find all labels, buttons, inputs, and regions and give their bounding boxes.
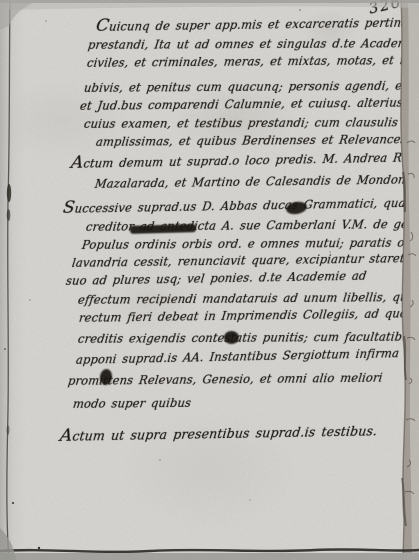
manuscript-line: modo super quibus xyxy=(72,397,192,411)
manuscript-line: cuius examen, et testibus prestandi; cum… xyxy=(83,116,419,131)
manuscript-line: civiles, et criminales, meras, et mixtas… xyxy=(86,54,419,70)
manuscript-line: apponi suprad.is AA. Instantibus Sergiot… xyxy=(75,347,400,367)
strikethrough-blot xyxy=(130,224,196,234)
ink-blot xyxy=(224,331,239,344)
manuscript-line: rectum fieri debeat in Imprimendis Colle… xyxy=(78,307,415,325)
manuscript-line-text: Mazalarada, et Martino de Calesandis de … xyxy=(94,173,410,191)
manuscript-line: prestandi, Ita ut ad omnes et singulas d… xyxy=(87,37,419,52)
manuscript-line: et Jud.bus comparendi Calumnie, et cuius… xyxy=(79,96,419,113)
manuscript-page: 326 Cuicunq de super app.mis et excarcer… xyxy=(0,0,419,560)
manuscript-line: promittens Relevans, Genesio, et omni al… xyxy=(67,372,383,388)
manuscript-line: ubivis, et penitus cum quacunq; personis… xyxy=(83,79,419,95)
manuscript-line: Populus ordinis orbis ord. e omnes mutui… xyxy=(81,236,419,252)
manuscript-line: Actum ut supra presentibus suprad.is tes… xyxy=(59,424,378,443)
pen-flourish: ʒ xyxy=(411,176,419,188)
manuscript-line: Successive suprad.us D. Abbas ducas Gram… xyxy=(62,195,419,216)
manuscript-line: creditis exigendis contestatis punitis; … xyxy=(77,331,416,346)
manuscript-line: Cuicunq de super app.mis et excarceratis… xyxy=(95,14,419,34)
manuscript-line: Mazalarada, et Martino de Calesandis de … xyxy=(94,171,419,191)
manuscript-line: effectum recipiendi mandataruis ad unum … xyxy=(77,291,419,307)
manuscript-line: amplissimas, et quibus Berdinenses et Re… xyxy=(95,133,407,149)
manuscript-line: Actum demum ut suprad.o loco predis. M. … xyxy=(70,150,419,171)
manuscript-line: lavandria cessit, renunciavit quare, exc… xyxy=(71,252,419,270)
manuscript-line: suo ad plures usq; vel ponies. d.te Acad… xyxy=(65,270,367,288)
